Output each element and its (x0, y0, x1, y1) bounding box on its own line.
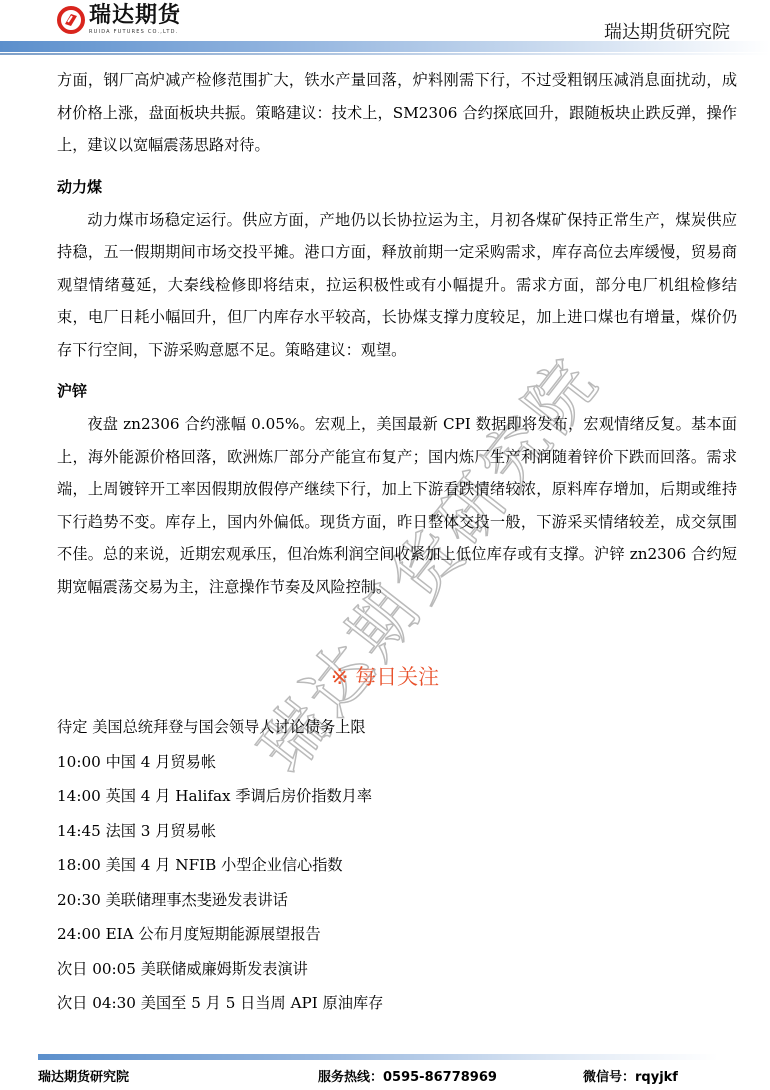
footer-divider-bar (38, 1054, 718, 1060)
logo-chinese-name: 瑞达期货 (89, 4, 181, 28)
focus-item: 14:45 法国 3 月贸易帐 (57, 814, 737, 849)
report-content: 方面，钢厂高炉减产检修范围扩大，铁水产量回落，炉料刚需下行，不过受粗钢压减消息面… (57, 64, 737, 603)
daily-focus-title: ※ 每日关注 (0, 662, 770, 692)
intro-paragraph: 方面，钢厂高炉减产检修范围扩大，铁水产量回落，炉料刚需下行，不过受粗钢压减消息面… (57, 64, 737, 162)
focus-item: 次日 04:30 美国至 5 月 5 日当周 API 原油库存 (57, 986, 737, 1021)
logo-english-name: RUIDA FUTURES CO.,LTD. (89, 29, 181, 35)
focus-item: 18:00 美国 4 月 NFIB 小型企业信心指数 (57, 848, 737, 883)
daily-focus-list: 待定 美国总统拜登与国会领导人讨论债务上限 10:00 中国 4 月贸易帐 14… (57, 710, 737, 1021)
footer-wechat: 微信号：rqyjkf (583, 1066, 678, 1085)
section-body-zinc: 夜盘 zn2306 合约涨幅 0.05%。宏观上，美国最新 CPI 数据即将发布… (57, 408, 737, 603)
section-body-thermal-coal: 动力煤市场稳定运行。供应方面，产地仍以长协拉运为主，月初各煤矿保持正常生产，煤炭… (57, 204, 737, 367)
focus-item: 20:30 美联储理事杰斐逊发表讲话 (57, 883, 737, 918)
section-title-thermal-coal: 动力煤 (57, 177, 737, 197)
focus-item: 10:00 中国 4 月贸易帐 (57, 745, 737, 780)
section-title-zinc: 沪锌 (57, 381, 737, 401)
header-divider-line (0, 53, 770, 55)
focus-item: 待定 美国总统拜登与国会领导人讨论债务上限 (57, 710, 737, 745)
footer-org-name: 瑞达期货研究院 (38, 1066, 129, 1085)
ruida-logo-icon (57, 6, 85, 34)
focus-item: 次日 00:05 美联储威廉姆斯发表演讲 (57, 952, 737, 987)
focus-item: 14:00 英国 4 月 Halifax 季调后房价指数月率 (57, 779, 737, 814)
footer-hotline: 服务热线：0595-86778969 (318, 1066, 497, 1085)
company-logo: 瑞达期货 RUIDA FUTURES CO.,LTD. (57, 4, 181, 40)
page-header: 瑞达期货 RUIDA FUTURES CO.,LTD. 瑞达期货研究院 (0, 0, 770, 60)
focus-item: 24:00 EIA 公布月度短期能源展望报告 (57, 917, 737, 952)
page-footer: 瑞达期货研究院 服务热线：0595-86778969 微信号：rqyjkf (38, 1066, 718, 1086)
header-divider-bar (0, 41, 770, 52)
